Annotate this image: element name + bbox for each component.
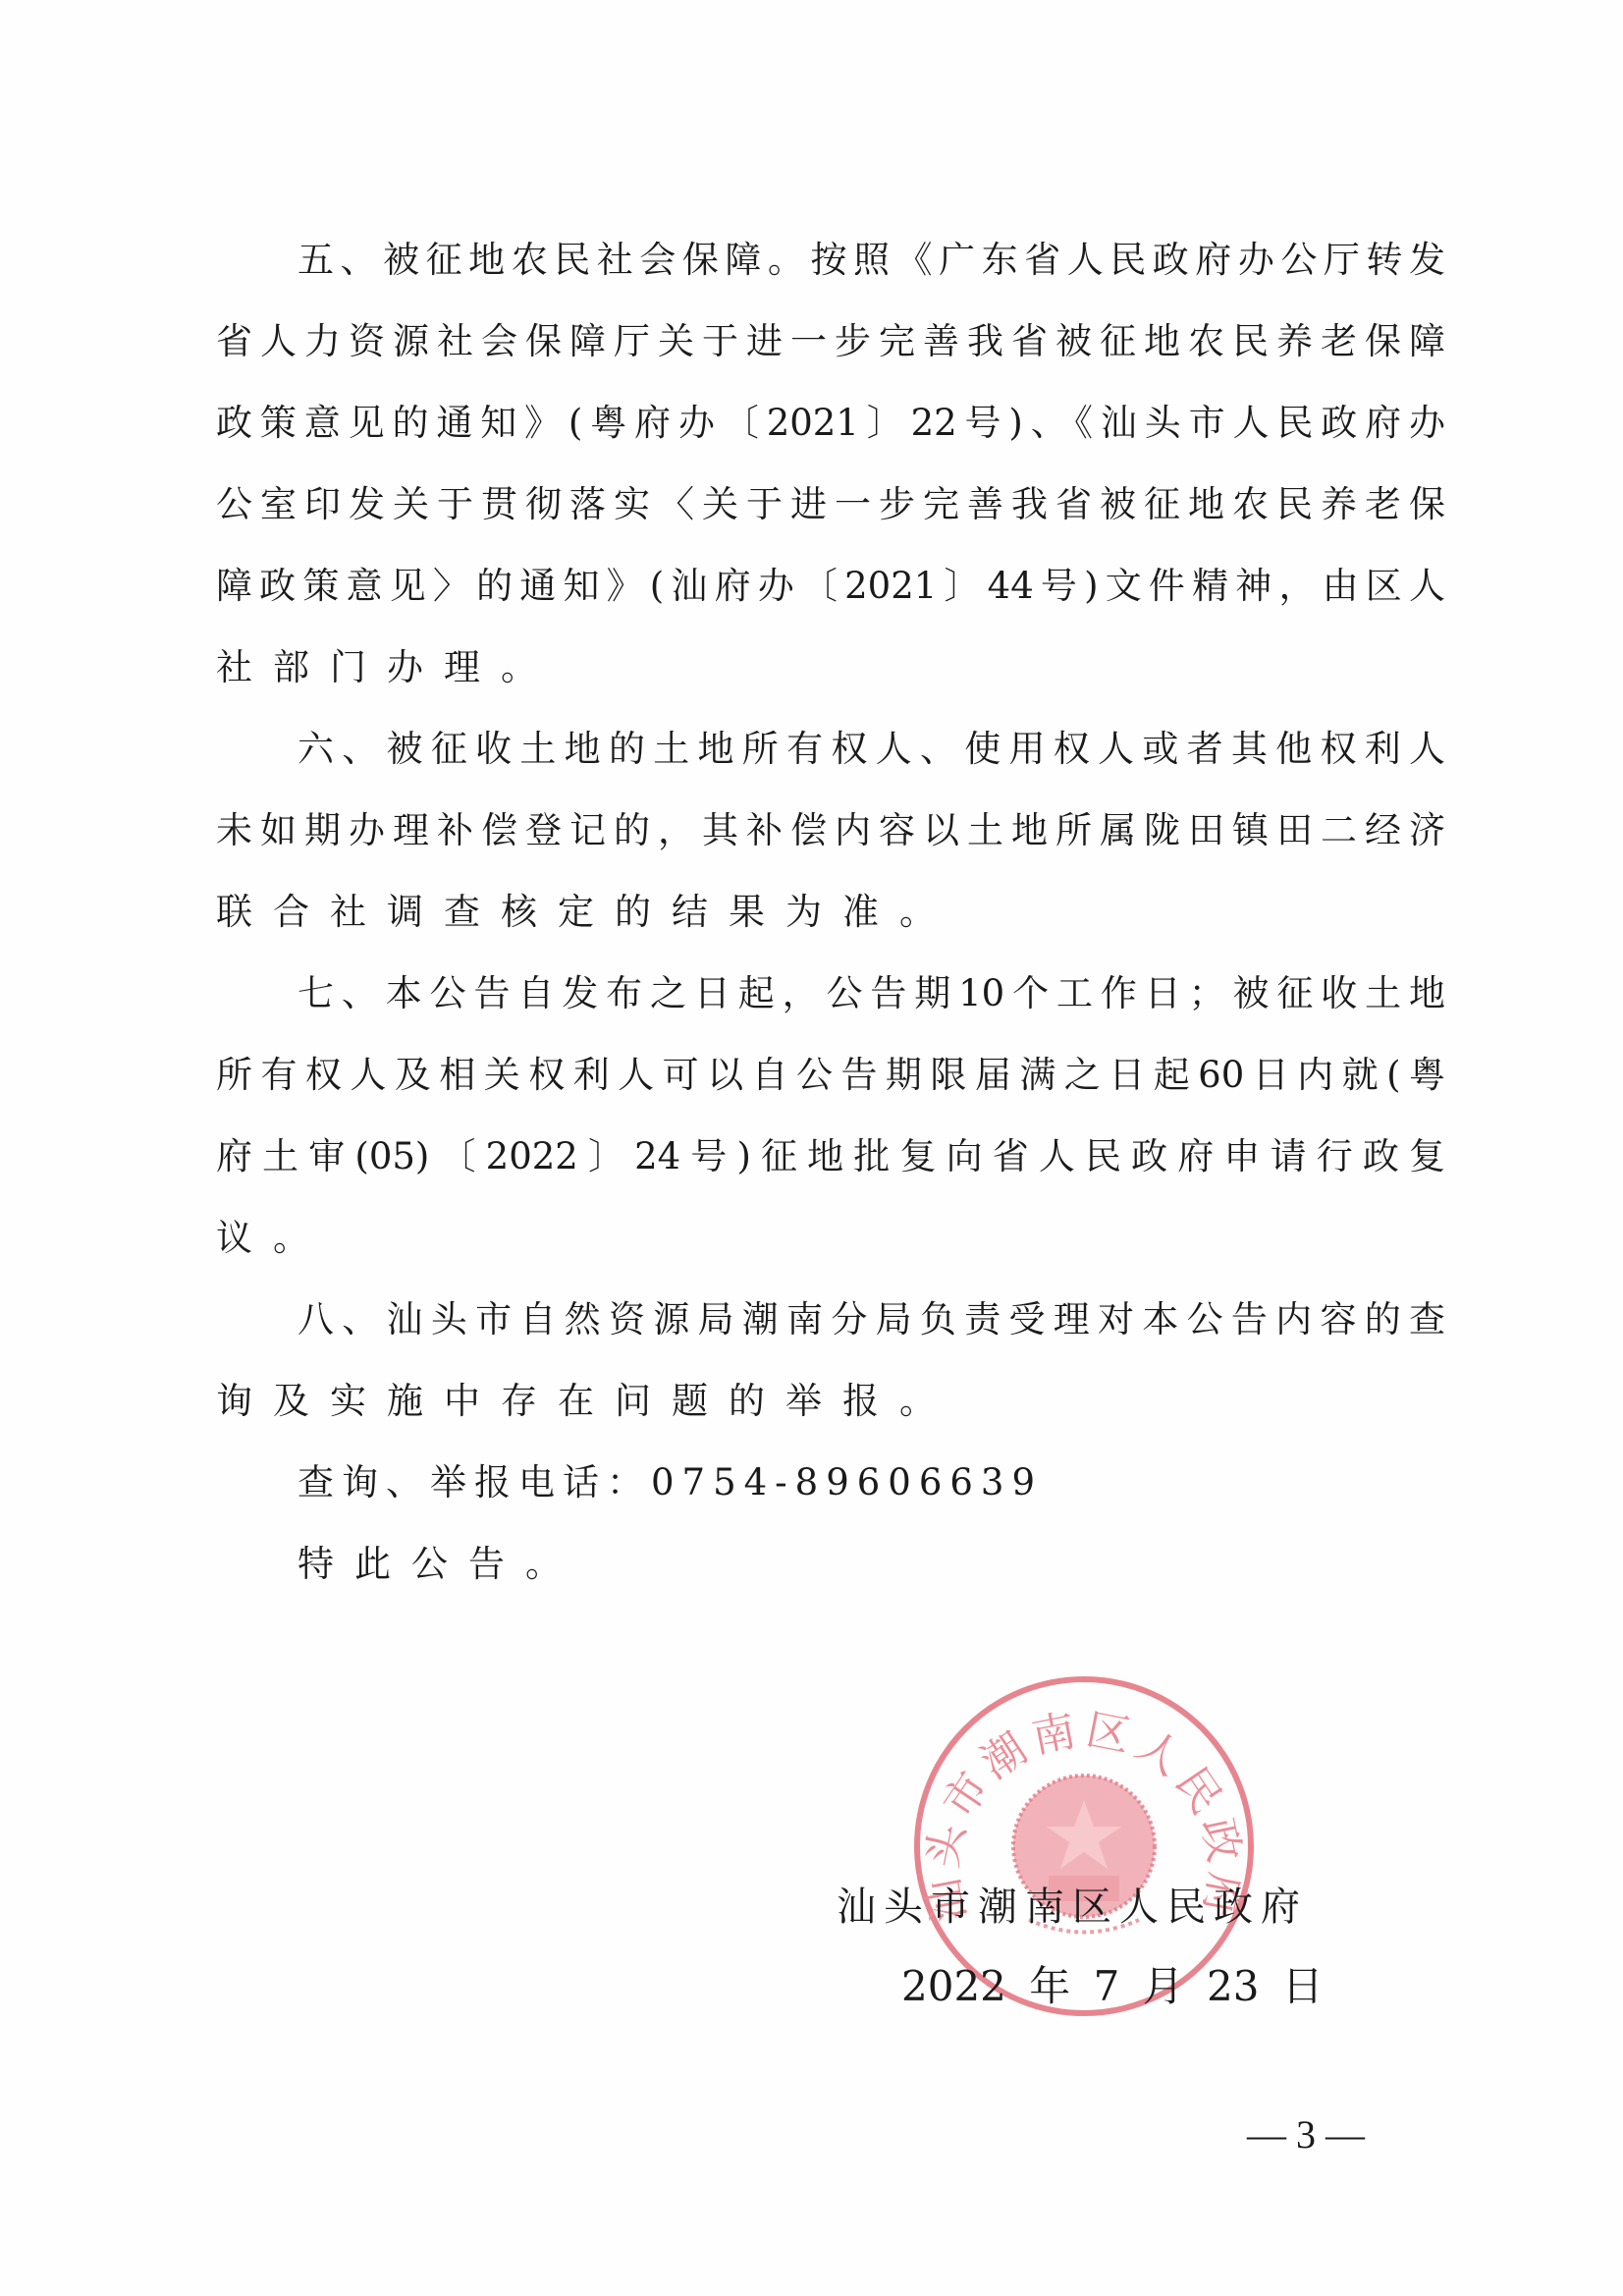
page-number: — 3 — [1247, 2111, 1365, 2158]
document-page: 五、被征地农民社会保障。按照《广东省人民政府办公厅转发 省人力资源社会保障厅关于… [0, 0, 1623, 2296]
paragraph-five-line-3: 政策意见的通知》(粤府办〔2021〕22号)、《汕头市人民政府办 [216, 382, 1445, 464]
paragraph-eight-line-1: 八、汕头市自然资源局潮南分局负责受理对本公告内容的查 [216, 1279, 1445, 1360]
closing-line: 特此公告。 [216, 1523, 1445, 1605]
contact-phone-line: 查询、举报电话：0754-89606639 [216, 1442, 1445, 1523]
paragraph-six-line-1: 六、被征收土地的土地所有权人、使用权人或者其他权利人 [216, 708, 1445, 790]
paragraph-five-line-6: 社部门办理。 [216, 627, 1445, 708]
paragraph-seven-line-4: 议。 [216, 1197, 1445, 1279]
issue-date: 2022 年 7 月 23 日 [901, 1954, 1324, 2013]
paragraph-five-line-1: 五、被征地农民社会保障。按照《广东省人民政府办公厅转发 [216, 219, 1445, 301]
paragraph-five-line-5: 障政策意见〉的通知》(汕府办〔2021〕44号)文件精神，由区人 [216, 545, 1445, 627]
document-body: 五、被征地农民社会保障。按照《广东省人民政府办公厅转发 省人力资源社会保障厅关于… [216, 219, 1445, 1605]
paragraph-five-line-4: 公室印发关于贯彻落实〈关于进一步完善我省被征地农民养老保 [216, 464, 1445, 545]
issuer-signature: 汕头市潮南区人民政府 [837, 1876, 1308, 1932]
paragraph-seven-line-1: 七、本公告自发布之日起，公告期10个工作日；被征收土地 [216, 953, 1445, 1034]
paragraph-eight-line-2: 询及实施中存在问题的举报。 [216, 1360, 1445, 1442]
paragraph-five-line-2: 省人力资源社会保障厅关于进一步完善我省被征地农民养老保障 [216, 301, 1445, 382]
paragraph-seven-line-2: 所有权人及相关权利人可以自公告期限届满之日起60日内就(粤 [216, 1034, 1445, 1116]
paragraph-seven-line-3: 府土审(05)〔2022〕24号)征地批复向省人民政府申请行政复 [216, 1116, 1445, 1197]
paragraph-six-line-3: 联合社调查核定的结果为准。 [216, 871, 1445, 953]
paragraph-six-line-2: 未如期办理补偿登记的，其补偿内容以土地所属陇田镇田二经济 [216, 790, 1445, 871]
